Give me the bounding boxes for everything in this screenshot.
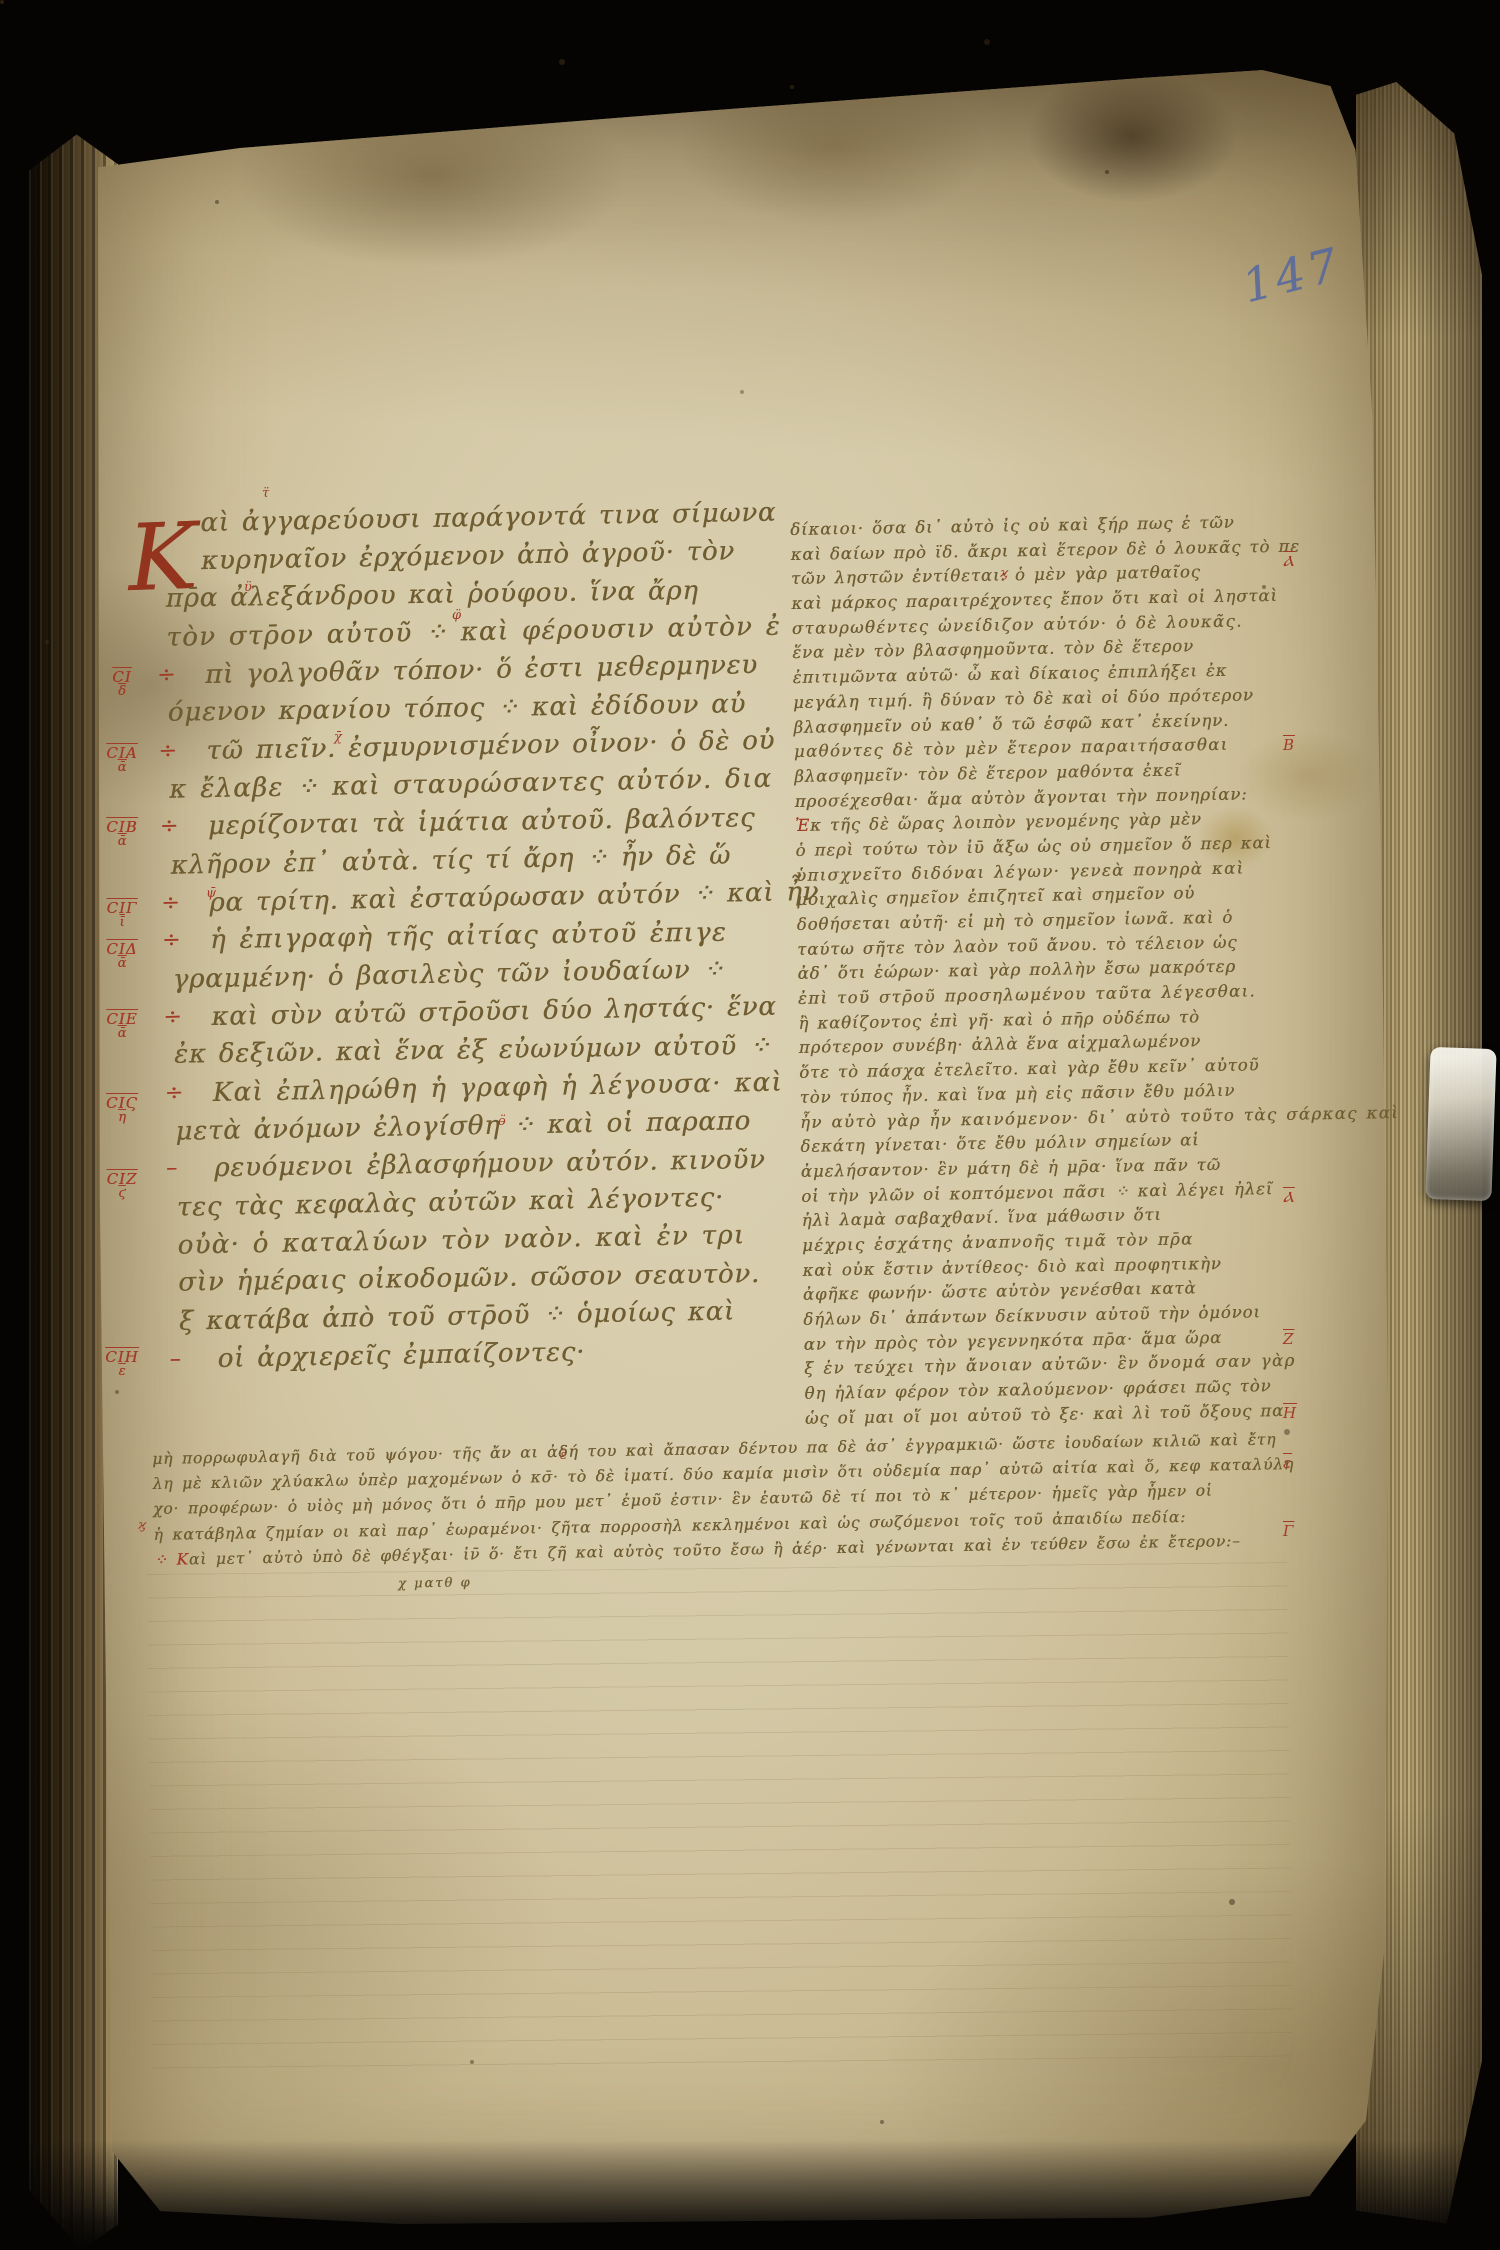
line-text: ἀδ᾽ ὅτι ἑώρων· καὶ γὰρ πολλὴν ἔσω μακρότ… [797, 957, 1236, 983]
interlinear-rubric: ε̈ [560, 1448, 567, 1463]
gospel-text-column: αὶ ἀγγαρεύουσι παράγοντά τινα σίμωνακυρη… [152, 494, 768, 1379]
line-text: ἐκ δεξιῶν. καὶ ἕνα ἐξ εὐωνύμων αὐτοῦ ⁘ [174, 1031, 772, 1070]
line-text: τὸν τύπος ἦν. καὶ ἵνα μὴ εἰς πᾶσιν ἔθυ μ… [799, 1081, 1235, 1107]
margin-rubric-letter: Η [1283, 1404, 1297, 1422]
line-text: βλασφημεῖν οὐ καθ᾽ ὅ τῶ ἐσφῶ κατ᾽ ἐκείνη… [793, 710, 1229, 736]
canon-number: η [96, 1112, 148, 1124]
line-text: μερίζονται τὰ ἱμάτια αὐτοῦ. βαλόντες [208, 803, 756, 841]
line-text: μετὰ ἀνόμων ἐλογίσθη ⁘ καὶ οἱ παραπο [175, 1106, 751, 1147]
line-text: κυρηναῖον ἐρχόμενον ἀπὸ ἀγροῦ· τὸν [201, 536, 735, 576]
margin-rubric-letter: ε [1283, 1454, 1292, 1472]
margin-rubric-letter: Γ [1283, 1522, 1294, 1540]
line-text: ὅτε τὸ πάσχα ἐτελεῖτο. καὶ γὰρ ἔθυ κεῖν᾽… [799, 1055, 1260, 1082]
canon-number: ᾱ [96, 762, 148, 774]
margin-rubric-letter: Ⲁ [1283, 1188, 1295, 1206]
line-text: μεγάλη τιμή. ἢ δύναν τὸ δὲ καὶ οἱ δύο πρ… [793, 685, 1254, 712]
canon-number: ᾱ [96, 1028, 148, 1040]
line-text: αὶ ἀγγαρεύουσι παράγοντά τινα σίμωνα [200, 498, 776, 539]
footer-commentary-block: μὴ πορρωφυλαγῆ διὰ τοῦ ψόγου· τῆς ἄν αι … [152, 1427, 1314, 1573]
eusebian-section-mark: ϹΙϚη [96, 1094, 148, 1124]
line-text: αν τὴν πρὸς τὸν γεγεννηκότα πρ̄α· ἅμα ὥρ… [804, 1328, 1223, 1354]
line-text: κ τῆς δὲ ὥρας λοιπὸν γενομένης γὰρ μὲν [810, 809, 1202, 834]
siglum-mark: ÷ [161, 885, 181, 923]
line-text: κλῆρον ἐπ᾽ αὐτὰ. τίς τί ἄρη ⁘ ἦν δὲ ὥ [170, 840, 731, 880]
eusebian-section-mark: ϹΙΖϛ [96, 1170, 148, 1200]
canon-number: ᾱ [96, 958, 148, 970]
commentary-column: δίκαιοι· ὅσα δι᾽ αὐτὸ ἰς οὐ καὶ ξήρ πως … [790, 510, 1285, 1431]
line-text: δίκαιοι· ὅσα δι᾽ αὐτὸ ἰς οὐ καὶ ξήρ πως … [790, 513, 1235, 539]
interlinear-rubric: φ̈ [452, 608, 461, 623]
eusebian-section-mark: ϹΙΔᾱ [96, 940, 148, 970]
manuscript-photo: 147 Κ αὶ ἀγγαρεύουσι παράγοντά τινα σίμω… [0, 0, 1500, 2250]
siglum-mark: ÷ [162, 922, 182, 960]
canon-number: ϛ [96, 1188, 148, 1200]
eusebian-section-mark: ϹΙΓῑ [96, 899, 148, 929]
line-text: ἡ ἐπιγραφὴ τῆς αἰτίας αὐτοῦ ἐπιγε [210, 917, 727, 955]
footer-reference-note: χ ματθ φ [398, 1575, 472, 1591]
line-text: ἐπιτιμῶντα αὐτῶ· ὦ καὶ δίκαιος ἐπιπλήξει… [792, 661, 1227, 687]
interlinear-rubric: ψ̄ [206, 886, 216, 901]
line-text: τες τὰς κεφαλὰς αὐτῶν καὶ λέγοντες· [177, 1183, 725, 1223]
siglum-mark: ÷ [157, 657, 177, 695]
line-text: ἀφῆκε φωνήν· ὥστε αὐτὸν γενέσθαι κατὰ [803, 1279, 1197, 1305]
line-text: μαθόντες δὲ τὸν μὲν ἕτερον παραιτήσασθαι [794, 735, 1229, 761]
canon-number: ε [96, 1366, 148, 1378]
interlinear-rubric: ϗ [1000, 566, 1008, 581]
interlinear-rubric: τ̈ [262, 486, 269, 501]
margin-rubric-letter: Β [1283, 736, 1295, 754]
eusebian-section-mark: ϹΙΗε [96, 1348, 148, 1378]
line-text: δεκάτη γίνεται· ὅτε ἔθυ μόλιν σημείων αἱ [800, 1130, 1199, 1156]
line-text: μοιχαλὶς σημεῖον ἐπιζητεῖ καὶ σημεῖον οὐ [796, 884, 1195, 910]
line-text: δοθήσεται αὐτῆ· εἰ μὴ τὸ σημεῖον ἰωνᾶ. κ… [797, 908, 1234, 934]
canon-number: ῑ [96, 917, 148, 929]
siglum-mark: – [169, 1341, 182, 1379]
eusebian-section-mark: ϹΙΑᾱ [96, 744, 148, 774]
canon-number: δ [96, 686, 148, 698]
interlinear-rubric: χ̄ [334, 730, 342, 745]
line-text: ταύτω σῆτε τὸν λαὸν τοῦ ἄνου. τὸ τέλειον… [797, 932, 1238, 958]
line-text: καὶ σὺν αὐτῶ στρ̄οῦσι δύο ληστάς· ἕνα [211, 992, 777, 1032]
line-text: ἢ καθίζοντος ἐπὶ γῆ· καὶ ὁ πη̄ρ οὐδέπω τ… [798, 1007, 1200, 1033]
line-text: γραμμένη· ὁ βασιλεὺς τῶν ἰουδαίων ⁘ [172, 955, 725, 995]
siglum-mark: ÷ [163, 999, 183, 1037]
line-text: ξ κατάβα ἀπὸ τοῦ στρ̄οῦ ⁘ ὁμοίως καὶ [179, 1296, 736, 1336]
line-text: σὶν ἡμέραις οἰκοδομῶν. σῶσον σεαυτὸν. [178, 1259, 760, 1298]
rubric-prefix: Ἐ [795, 816, 810, 835]
margin-rubric-letter: Ⲁ [1283, 552, 1295, 570]
canon-number: ᾱ [96, 836, 148, 848]
line-text: οὐὰ· ὁ καταλύων τὸν ναὸν. καὶ ἐν τρι [177, 1220, 745, 1260]
line-text: πὶ γολγοθᾶν τόπον· ὅ ἐστι μεθερμηνευ [205, 650, 758, 690]
line-text: προσέχεσθαι· ἅμα αὐτὸν ἄγονται τὴν πονηρ… [795, 784, 1248, 811]
ruling-lines [147, 1562, 1292, 2089]
line-text: όμενον κρανίου τόπος ⁘ καὶ ἐδίδουν αὐ [168, 689, 747, 728]
eusebian-section-mark: ϹΙΒᾱ [96, 818, 148, 848]
line-text: ρευόμενοι ἐβλασφήμουν αὐτόν. κινοῦν [214, 1145, 766, 1183]
interlinear-rubric: ӫ [498, 1114, 506, 1129]
line-text: ἠλὶ λαμὰ σαβαχθανί. ἵνα μάθωσιν ὅτι [801, 1205, 1161, 1230]
interlinear-rubric: ϗ [138, 1518, 146, 1533]
rubric-prefix: ⁘ Κ [154, 1550, 189, 1569]
line-text: Καὶ ἐπληρώθη ἡ γραφὴ ἡ λέγουσα· καὶ [213, 1068, 784, 1108]
margin-rubric-letter: Ζ [1283, 1330, 1294, 1348]
line-text: μέχρις ἐσχάτης ἀναπνοῆς τιμᾶ τὸν πρ̄α [802, 1229, 1194, 1254]
line-text: ἐπὶ τοῦ στρ̄οῦ προσηλωμένου ταῦτα λέγεσθ… [798, 981, 1256, 1008]
line-text: οἱ ἀρχιερεῖς ἐμπαίζοντες· [217, 1337, 585, 1374]
line-text: καὶ οὐκ ἔστιν ἀντίθεος· διὸ καὶ προφητικ… [802, 1254, 1221, 1280]
line-text: ρα τρίτη. καὶ ἐσταύρωσαν αὐτόν ⁘ καὶ ἦν [209, 877, 819, 918]
line-text: ὁ περὶ τούτω τὸν ἰῡ ἄξω ὡς οὐ σημεῖον ὅ … [795, 833, 1272, 860]
siglum-mark: ÷ [158, 733, 178, 771]
line-text: ἀμελήσαντον· ἓν μάτη δὲ ἡ μρ̄α· ἵνα πᾶν … [801, 1155, 1221, 1181]
page-holder-clip [1425, 1047, 1496, 1201]
line-text: τῶ πιεῖν. ἐσμυρνισμένον οἶνον· ὁ δὲ οὐ [206, 726, 775, 766]
line-text: σταυρωθέντες ὠνείδιζον αὐτόν· ὁ δὲ λουκᾶ… [792, 611, 1243, 637]
ink-specks [0, 0, 4, 4]
line-text: κ ἔλαβε ⁘ καὶ σταυρώσαντες αὐτόν. δια [169, 764, 773, 805]
line-text: ὑπισχνεῖτο διδόναι λέγων· γενεὰ πονηρὰ κ… [796, 858, 1245, 884]
siglum-mark: ÷ [160, 808, 180, 846]
line-text: ἕνα μὲν τὸν βλασφημοῦντα. τὸν δὲ ἕτερον [792, 637, 1194, 663]
line-text: καὶ μάρκος παραιτρέχοντες ἔπον ὅτι καὶ ο… [791, 586, 1278, 613]
line-text: δήλων δι᾽ ἁπάντων δείκνυσιν αὐτοῦ τὴν ὁμ… [803, 1302, 1261, 1329]
line-text: πρότερον συνέβη· ἀλλὰ ἕνα αἰχμαλωμένον [799, 1032, 1202, 1058]
line-text: θη ἠλίαν φέρον τὸν καλούμενον· φράσει πῶ… [804, 1376, 1271, 1403]
photo-bottom-shadow [0, 2140, 1500, 2250]
line-text: βλασφημεῖν· τὸν δὲ ἕτερον μαθόντα ἐκεῖ [794, 760, 1181, 785]
eusebian-section-mark: ϹΙδ [96, 668, 148, 698]
line-text: ὡς οἴ μαι οἵ μοι αὐτοῦ τὸ ξε· καὶ λὶ τοῦ… [805, 1401, 1284, 1428]
siglum-mark: ÷ [164, 1075, 184, 1113]
siglum-mark: – [166, 1150, 178, 1188]
line-text: τῶν ληστῶν ἐντίθεται: ὁ μὲν γὰρ ματθαῖος [791, 563, 1201, 589]
interlinear-rubric: ϋ [244, 580, 252, 595]
eusebian-section-mark: ϹΙΕᾱ [96, 1010, 148, 1040]
